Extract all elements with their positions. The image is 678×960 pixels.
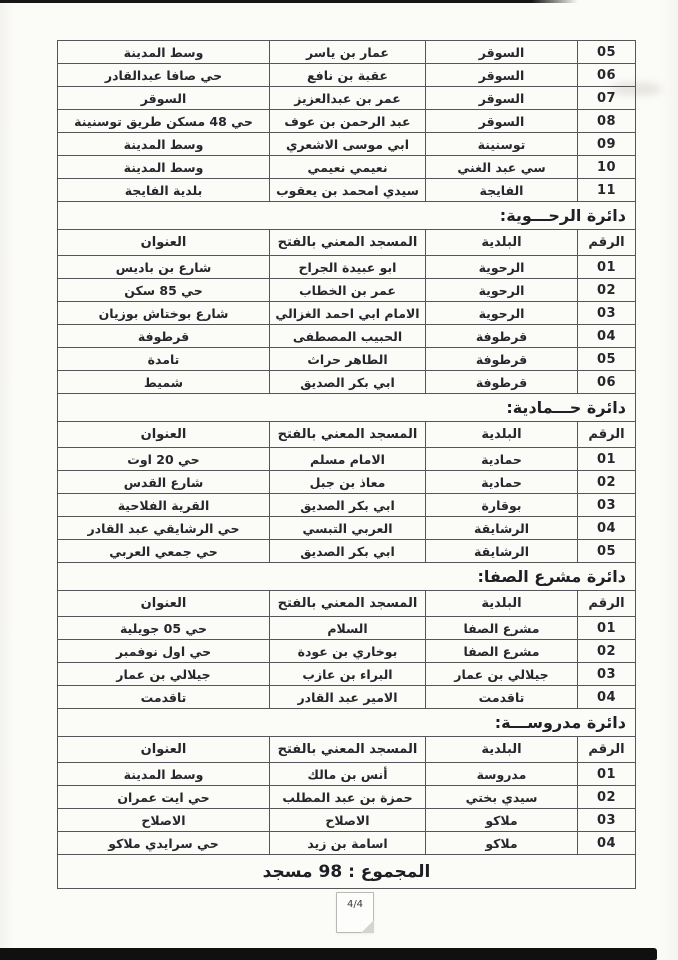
cell-number: 02	[578, 640, 636, 663]
cell-number: 01	[578, 256, 636, 279]
cell-mosque-name: ابي بكر الصديق	[270, 371, 426, 394]
column-header-mosque: المسجد المعني بالفتح	[270, 230, 426, 256]
cell-municipality: الرشايقة	[426, 540, 578, 563]
cell-number: 06	[578, 371, 636, 394]
table-row: 10 سي عبد الغني نعيمي نعيمي وسط المدينة	[58, 156, 636, 179]
cell-number: 01	[578, 617, 636, 640]
column-header-address: العنوان	[58, 591, 270, 617]
table-row: 03 جيلالي بن عمار البراء بن عازب جيلالي …	[58, 663, 636, 686]
column-header-municipality: البلدية	[426, 230, 578, 256]
cell-mosque-name: ابي بكر الصديق	[270, 540, 426, 563]
table-row: 02 حمادية معاذ بن جبل شارع القدس	[58, 471, 636, 494]
cell-address: تاقدمت	[58, 686, 270, 709]
cell-mosque-name: ابي موسى الاشعري	[270, 133, 426, 156]
cell-municipality: ملاكو	[426, 809, 578, 832]
table-header-row: الرقم البلدية المسجد المعني بالفتح العنو…	[58, 422, 636, 448]
cell-municipality: السوقر	[426, 110, 578, 133]
mosque-list-table: 05 السوقر عمار بن ياسر وسط المدينة 06 ال…	[57, 40, 636, 889]
cell-number: 05	[578, 41, 636, 64]
table-row: 02 سيدي بختي حمزة بن عبد المطلب حي ايت ع…	[58, 786, 636, 809]
section-title-row: دائرة الرحـــوية:	[58, 202, 636, 230]
cell-address: وسط المدينة	[58, 133, 270, 156]
cell-address: القرية الفلاحية	[58, 494, 270, 517]
cell-municipality: الرحوية	[426, 302, 578, 325]
column-header-number: الرقم	[578, 737, 636, 763]
cell-mosque-name: حمزة بن عبد المطلب	[270, 786, 426, 809]
column-header-mosque: المسجد المعني بالفتح	[270, 591, 426, 617]
cell-municipality: بوقارة	[426, 494, 578, 517]
page-corner-fold-icon	[361, 920, 374, 933]
cell-mosque-name: الامام مسلم	[270, 448, 426, 471]
table-row: 06 قرطوفة ابي بكر الصديق شميط	[58, 371, 636, 394]
cell-municipality: ملاكو	[426, 832, 578, 855]
cell-municipality: حمادية	[426, 471, 578, 494]
table-row: 02 الرحوية عمر بن الخطاب حي 85 سكن	[58, 279, 636, 302]
table-row: 08 السوقر عبد الرحمن بن عوف حي 48 مسكن ط…	[58, 110, 636, 133]
cell-number: 01	[578, 763, 636, 786]
cell-mosque-name: عمر بن الخطاب	[270, 279, 426, 302]
cell-municipality: الفايجة	[426, 179, 578, 202]
table-header-row: الرقم البلدية المسجد المعني بالفتح العنو…	[58, 591, 636, 617]
table-row: 05 السوقر عمار بن ياسر وسط المدينة	[58, 41, 636, 64]
cell-municipality: مشرع الصفا	[426, 640, 578, 663]
column-header-municipality: البلدية	[426, 591, 578, 617]
cell-address: وسط المدينة	[58, 763, 270, 786]
table-row: 04 تاقدمت الامير عبد القادر تاقدمت	[58, 686, 636, 709]
table-row: 04 الرشايقة العربي التبسي حي الرشايقي عب…	[58, 517, 636, 540]
cell-address: السوقر	[58, 87, 270, 110]
cell-number: 08	[578, 110, 636, 133]
page-number-label: 4/4	[347, 899, 363, 910]
cell-municipality: قرطوفة	[426, 371, 578, 394]
table-row: 04 ملاكو اسامة بن زيد حي سرايدي ملاكو	[58, 832, 636, 855]
scan-artifact-top-strip	[0, 0, 578, 3]
column-header-number: الرقم	[578, 230, 636, 256]
cell-address: جيلالي بن عمار	[58, 663, 270, 686]
table-row: 01 الرحوية ابو عبيدة الجراح شارع بن بادي…	[58, 256, 636, 279]
cell-mosque-name: سيدي امحمد بن يعقوب	[270, 179, 426, 202]
column-header-mosque: المسجد المعني بالفتح	[270, 422, 426, 448]
cell-number: 02	[578, 471, 636, 494]
cell-mosque-name: ابو عبيدة الجراح	[270, 256, 426, 279]
cell-number: 03	[578, 809, 636, 832]
cell-number: 02	[578, 279, 636, 302]
section-title-row: دائرة مشرع الصفا:	[58, 563, 636, 591]
cell-number: 11	[578, 179, 636, 202]
cell-municipality: قرطوفة	[426, 325, 578, 348]
table-row: 02 مشرع الصفا بوخاري بن عودة حي اول نوفم…	[58, 640, 636, 663]
cell-mosque-name: العربي التبسي	[270, 517, 426, 540]
table-header-row: الرقم البلدية المسجد المعني بالفتح العنو…	[58, 230, 636, 256]
table-row: 03 ملاكو الاصلاح الاصلاح	[58, 809, 636, 832]
column-header-mosque: المسجد المعني بالفتح	[270, 737, 426, 763]
cell-number: 10	[578, 156, 636, 179]
table-row: 05 قرطوفة الطاهر حراث تامدة	[58, 348, 636, 371]
column-header-address: العنوان	[58, 230, 270, 256]
cell-address: شارع بوختاش بوزيان	[58, 302, 270, 325]
cell-municipality: حمادية	[426, 448, 578, 471]
cell-address: حي 85 سكن	[58, 279, 270, 302]
column-header-number: الرقم	[578, 591, 636, 617]
column-header-number: الرقم	[578, 422, 636, 448]
cell-municipality: جيلالي بن عمار	[426, 663, 578, 686]
cell-municipality: الرشايقة	[426, 517, 578, 540]
column-header-municipality: البلدية	[426, 422, 578, 448]
table-row: 09 توسنينة ابي موسى الاشعري وسط المدينة	[58, 133, 636, 156]
cell-number: 03	[578, 663, 636, 686]
total-mosques-label: المجموع : 98 مسجد	[58, 855, 636, 889]
cell-number: 04	[578, 517, 636, 540]
cell-address: وسط المدينة	[58, 156, 270, 179]
cell-municipality: الرحوية	[426, 256, 578, 279]
cell-municipality: السوقر	[426, 41, 578, 64]
cell-address: تامدة	[58, 348, 270, 371]
table-row: 01 حمادية الامام مسلم حي 20 اوت	[58, 448, 636, 471]
table-row: 05 الرشايقة ابي بكر الصديق حي جمعي العرب…	[58, 540, 636, 563]
cell-number: 03	[578, 494, 636, 517]
cell-mosque-name: عمار بن ياسر	[270, 41, 426, 64]
cell-address: شارع القدس	[58, 471, 270, 494]
cell-address: شميط	[58, 371, 270, 394]
table-row: 07 السوقر عمر بن عبدالعزيز السوقر	[58, 87, 636, 110]
table-row: 01 مدروسة أنس بن مالك وسط المدينة	[58, 763, 636, 786]
cell-number: 05	[578, 540, 636, 563]
cell-mosque-name: السلام	[270, 617, 426, 640]
cell-mosque-name: عقبة بن نافع	[270, 64, 426, 87]
cell-address: حي اول نوفمبر	[58, 640, 270, 663]
cell-address: حي صافا عبدالقادر	[58, 64, 270, 87]
cell-municipality: السوقر	[426, 64, 578, 87]
section-title: دائرة مدروســـة:	[58, 709, 636, 737]
cell-municipality: سي عبد الغني	[426, 156, 578, 179]
cell-municipality: قرطوفة	[426, 348, 578, 371]
section-title: دائرة حـــمادية:	[58, 394, 636, 422]
cell-mosque-name: الاصلاح	[270, 809, 426, 832]
column-header-address: العنوان	[58, 737, 270, 763]
table-header-row: الرقم البلدية المسجد المعني بالفتح العنو…	[58, 737, 636, 763]
scanned-document-page: 05 السوقر عمار بن ياسر وسط المدينة 06 ال…	[0, 0, 678, 960]
cell-mosque-name: الامام ابي احمد الغزالي	[270, 302, 426, 325]
page-number-icon: 4/4	[336, 892, 374, 933]
cell-municipality: مدروسة	[426, 763, 578, 786]
cell-number: 04	[578, 325, 636, 348]
cell-municipality: السوقر	[426, 87, 578, 110]
cell-number: 06	[578, 64, 636, 87]
cell-municipality: تاقدمت	[426, 686, 578, 709]
total-row: المجموع : 98 مسجد	[58, 855, 636, 889]
cell-mosque-name: ابي بكر الصديق	[270, 494, 426, 517]
cell-number: 04	[578, 686, 636, 709]
cell-number: 01	[578, 448, 636, 471]
cell-mosque-name: الحبيب المصطفى	[270, 325, 426, 348]
cell-municipality: مشرع الصفا	[426, 617, 578, 640]
cell-number: 02	[578, 786, 636, 809]
cell-address: حي 05 جويلية	[58, 617, 270, 640]
cell-address: بلدية الفايجة	[58, 179, 270, 202]
cell-address: حي 48 مسكن طريق توسنينة	[58, 110, 270, 133]
cell-address: حي ايت عمران	[58, 786, 270, 809]
section-title-row: دائرة حـــمادية:	[58, 394, 636, 422]
cell-mosque-name: عمر بن عبدالعزيز	[270, 87, 426, 110]
cell-mosque-name: البراء بن عازب	[270, 663, 426, 686]
cell-address: قرطوفة	[58, 325, 270, 348]
cell-address: الاصلاح	[58, 809, 270, 832]
cell-mosque-name: اسامة بن زيد	[270, 832, 426, 855]
table-row: 04 قرطوفة الحبيب المصطفى قرطوفة	[58, 325, 636, 348]
cell-mosque-name: أنس بن مالك	[270, 763, 426, 786]
cell-address: شارع بن باديس	[58, 256, 270, 279]
cell-mosque-name: الطاهر حراث	[270, 348, 426, 371]
cell-municipality: توسنينة	[426, 133, 578, 156]
column-header-municipality: البلدية	[426, 737, 578, 763]
scan-artifact-bottom-strip	[0, 948, 657, 960]
table-row: 06 السوقر عقبة بن نافع حي صافا عبدالقادر	[58, 64, 636, 87]
cell-mosque-name: عبد الرحمن بن عوف	[270, 110, 426, 133]
cell-municipality: الرحوية	[426, 279, 578, 302]
column-header-address: العنوان	[58, 422, 270, 448]
cell-address: حي الرشايقي عبد القادر	[58, 517, 270, 540]
cell-number: 04	[578, 832, 636, 855]
table-row: 03 الرحوية الامام ابي احمد الغزالي شارع …	[58, 302, 636, 325]
table-row: 01 مشرع الصفا السلام حي 05 جويلية	[58, 617, 636, 640]
cell-number: 05	[578, 348, 636, 371]
cell-mosque-name: معاذ بن جبل	[270, 471, 426, 494]
cell-municipality: سيدي بختي	[426, 786, 578, 809]
cell-mosque-name: الامير عبد القادر	[270, 686, 426, 709]
section-title: دائرة مشرع الصفا:	[58, 563, 636, 591]
cell-mosque-name: بوخاري بن عودة	[270, 640, 426, 663]
cell-address: حي سرايدي ملاكو	[58, 832, 270, 855]
cell-number: 03	[578, 302, 636, 325]
cell-mosque-name: نعيمي نعيمي	[270, 156, 426, 179]
cell-address: وسط المدينة	[58, 41, 270, 64]
cell-address: حي جمعي العربي	[58, 540, 270, 563]
table-row: 03 بوقارة ابي بكر الصديق القرية الفلاحية	[58, 494, 636, 517]
section-title-row: دائرة مدروســـة:	[58, 709, 636, 737]
cell-number: 09	[578, 133, 636, 156]
cell-address: حي 20 اوت	[58, 448, 270, 471]
cell-number: 07	[578, 87, 636, 110]
table-row: 11 الفايجة سيدي امحمد بن يعقوب بلدية الف…	[58, 179, 636, 202]
section-title: دائرة الرحـــوية:	[58, 202, 636, 230]
